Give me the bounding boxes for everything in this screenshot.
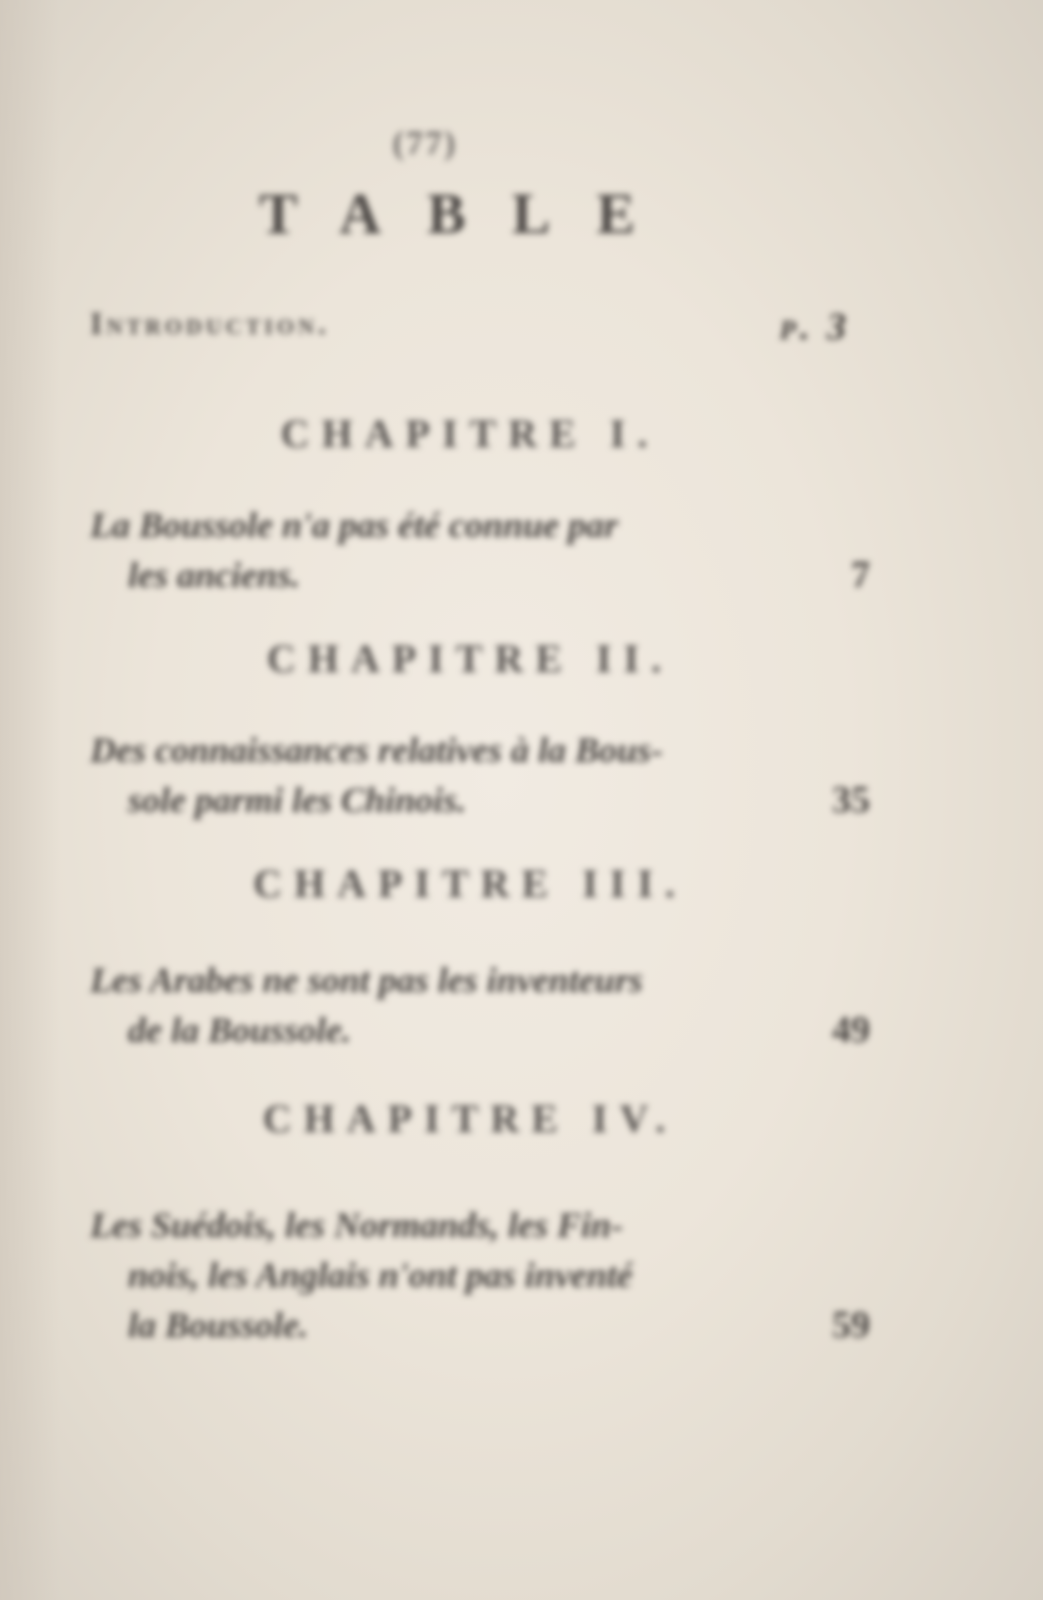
toc-entry-introduction: Introduction. p. 3 <box>90 305 850 342</box>
toc-entry-chapter-2: Des connaissances relatives à la Bous- s… <box>90 725 870 825</box>
toc-entry-chapter-4: Les Suédois, les Normands, les Fin- nois… <box>90 1200 870 1350</box>
toc-page-number: 35 <box>832 775 870 825</box>
toc-entry-chapter-3: Les Arabes ne sont pas les inventeurs de… <box>90 955 870 1055</box>
toc-page-number: 49 <box>832 1005 870 1055</box>
toc-entry-line: La Boussole n'a pas été connue par <box>90 500 870 550</box>
chapter-heading-3: CHAPITRE III. <box>240 860 700 907</box>
toc-entry-line: sole parmi les Chinois. <box>90 775 870 825</box>
toc-entry-line: les anciens. <box>90 550 870 600</box>
toc-entry-label: Introduction. <box>90 305 330 341</box>
page-title: TABLE <box>230 180 710 247</box>
folio-number: (77) <box>350 125 500 163</box>
toc-entry-line: la Boussole. <box>90 1300 870 1350</box>
toc-entry-line: Les Arabes ne sont pas les inventeurs <box>90 955 870 1005</box>
toc-page-number: 7 <box>851 550 870 600</box>
toc-entry-line: de la Boussole. <box>90 1005 870 1055</box>
toc-entry-line: Les Suédois, les Normands, les Fin- <box>90 1200 870 1250</box>
chapter-heading-1: CHAPITRE I. <box>240 410 700 457</box>
book-page: (77) TABLE Introduction. p. 3 CHAPITRE I… <box>0 0 1043 1600</box>
toc-page-number: p. 3 <box>780 305 851 349</box>
toc-entry-line: Des connaissances relatives à la Bous- <box>90 725 870 775</box>
toc-entry-chapter-1: La Boussole n'a pas été connue par les a… <box>90 500 870 600</box>
chapter-heading-4: CHAPITRE IV. <box>240 1095 700 1142</box>
chapter-heading-2: CHAPITRE II. <box>240 635 700 682</box>
toc-entry-line: nois, les Anglais n'ont pas inventé <box>90 1250 870 1300</box>
toc-page-number: 59 <box>832 1300 870 1350</box>
